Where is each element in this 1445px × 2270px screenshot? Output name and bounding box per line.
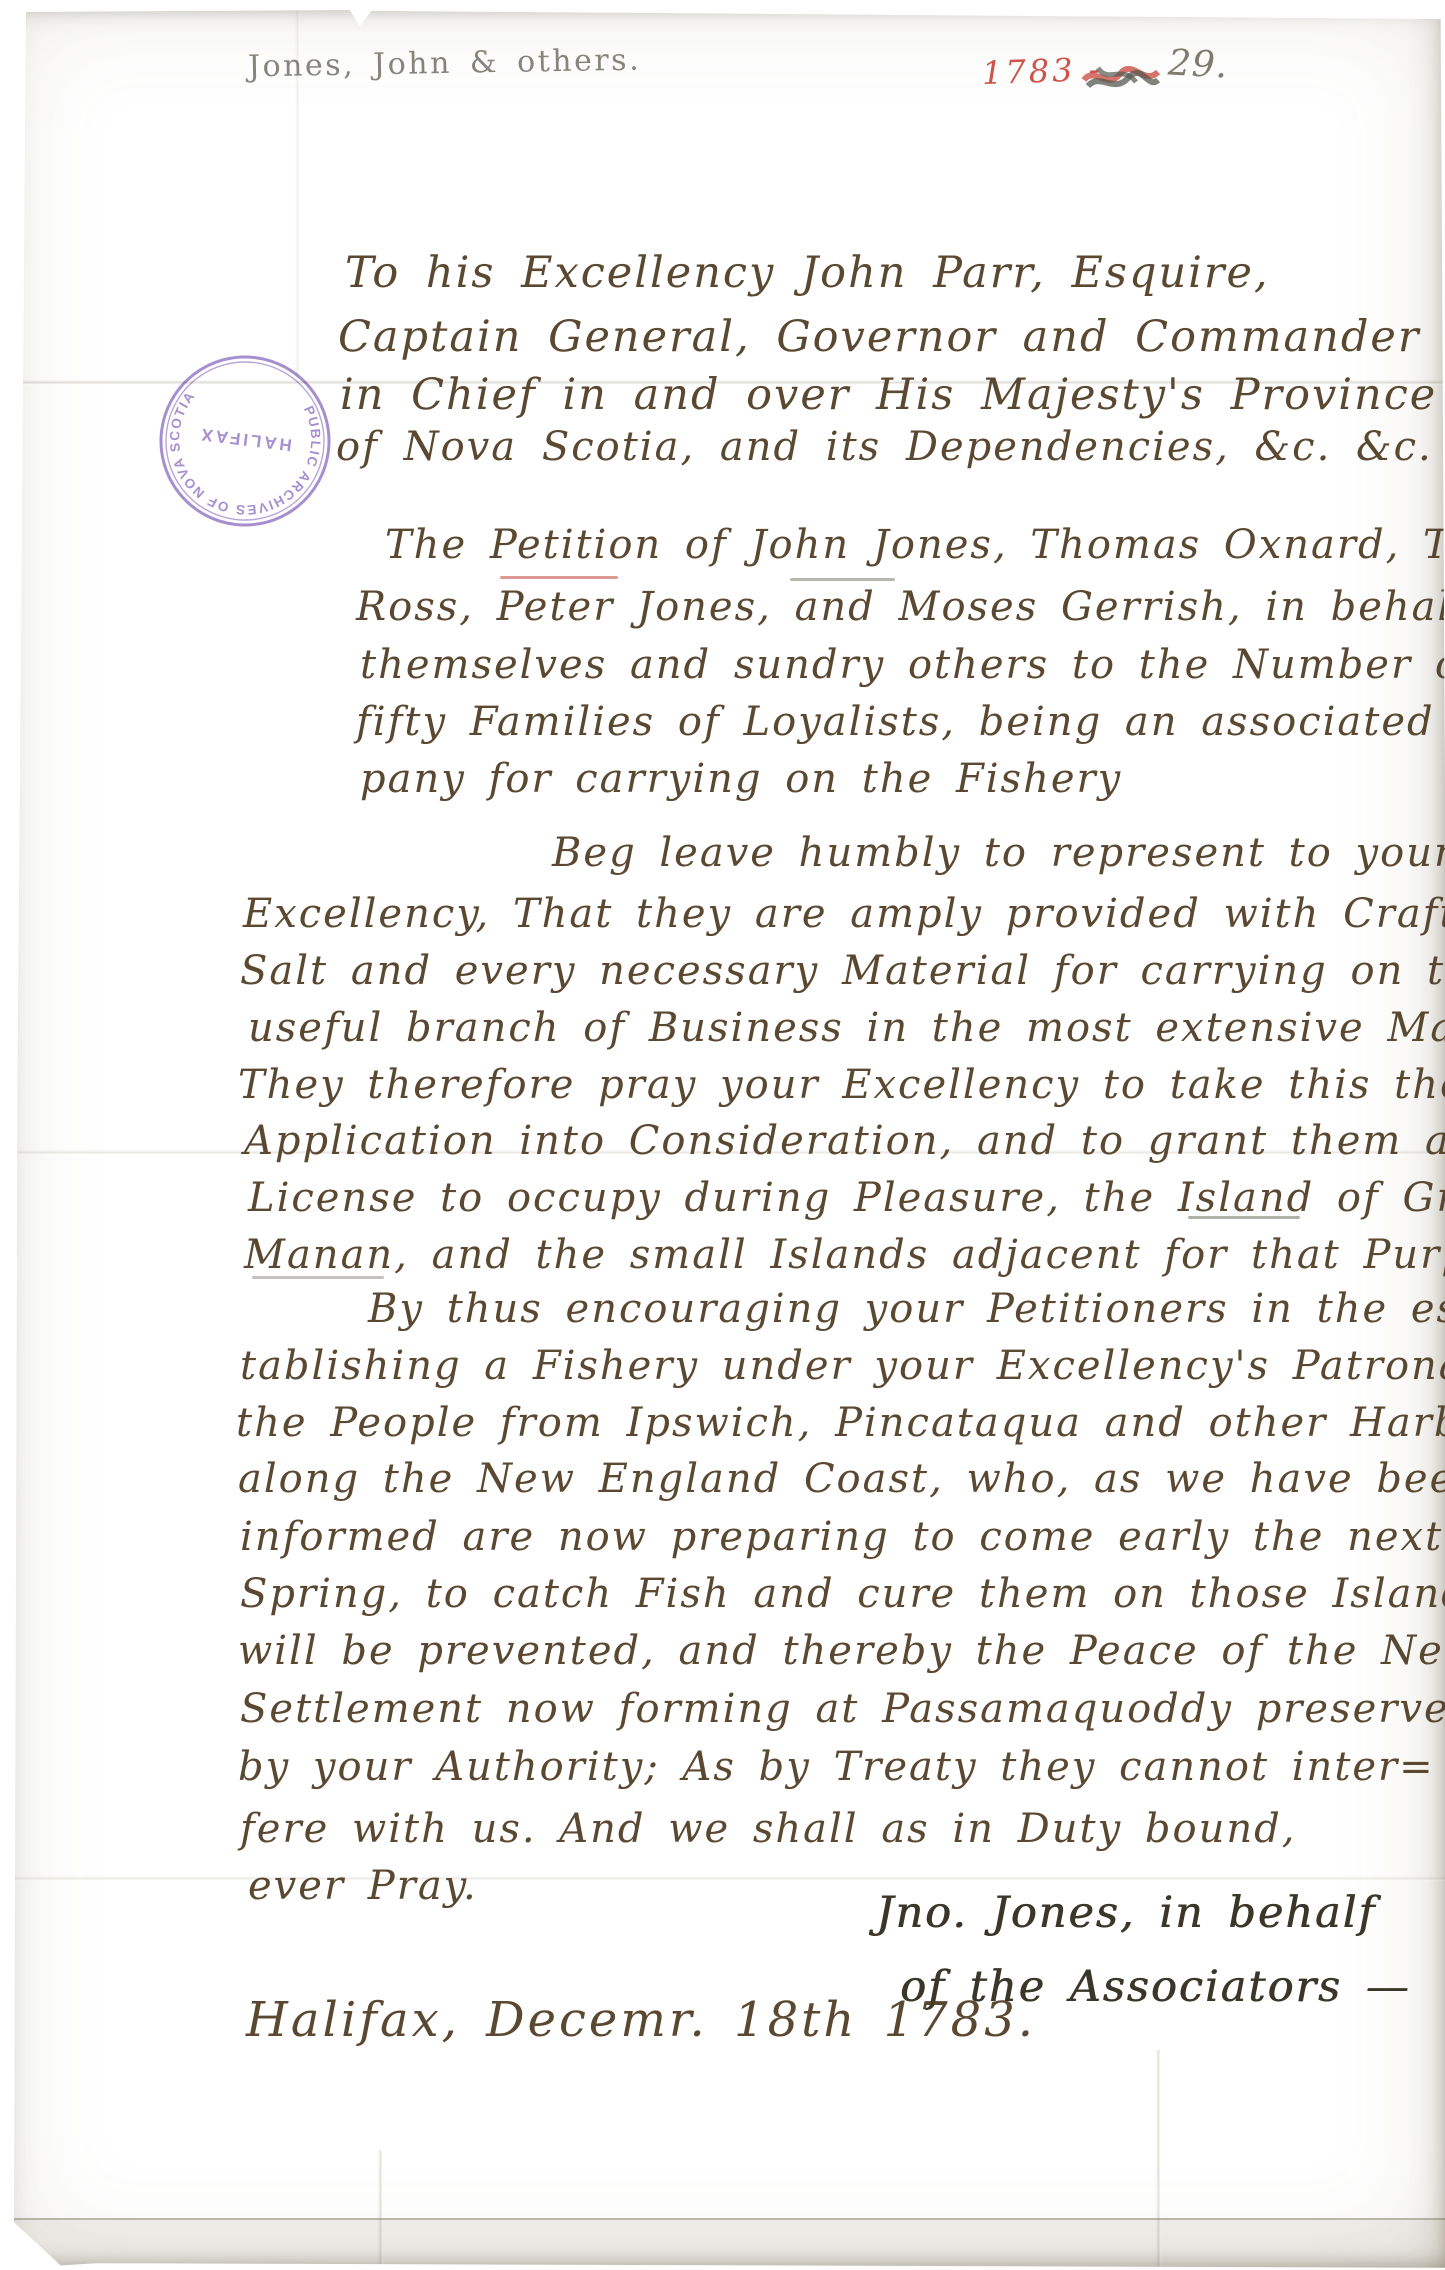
manuscript-page: Jones, John & others. 1783 - 29. PUBLIC … bbox=[0, 0, 1445, 2270]
manuscript-line: fere with us. And we shall as in Duty bo… bbox=[240, 1806, 1296, 1852]
manuscript-line: Spring, to catch Fish and cure them on t… bbox=[240, 1571, 1445, 1617]
manuscript-line: will be prevented, and thereby the Peace… bbox=[238, 1628, 1445, 1674]
manuscript-line: ever Pray. bbox=[248, 1863, 478, 1909]
manuscript-line: The Petition of John Jones, Thomas Oxnar… bbox=[385, 522, 1445, 568]
crossed-out-number-scribble bbox=[1078, 56, 1164, 98]
grey-reference-number: 29. bbox=[1167, 42, 1229, 86]
manuscript-line: Settlement now forming at Passamaquoddy … bbox=[240, 1686, 1445, 1732]
archivist-pencil-annotation: Jones, John & others. bbox=[248, 43, 642, 85]
manuscript-line: Application into Consideration, and to g… bbox=[244, 1118, 1445, 1164]
manuscript-line: along the New England Coast, who, as we … bbox=[238, 1456, 1445, 1502]
fold-crease-horizontal bbox=[0, 1876, 1445, 1882]
manuscript-line: pany for carrying on the Fishery bbox=[360, 756, 1122, 802]
manuscript-line: in Chief in and over His Majesty's Provi… bbox=[340, 370, 1437, 420]
manuscript-line: themselves and sundry others to the Numb… bbox=[360, 642, 1445, 688]
signature-line: Jno. Jones, in behalf bbox=[876, 1888, 1376, 1938]
manuscript-line: To his Excellency John Parr, Esquire, bbox=[345, 248, 1270, 298]
bottom-fold-flap bbox=[10, 2218, 1445, 2270]
dateline: Halifax, Decemr. 18th 1783. bbox=[246, 1992, 1036, 2048]
manuscript-line: useful branch of Business in the most ex… bbox=[248, 1005, 1445, 1051]
public-archives-nova-scotia-stamp: PUBLIC ARCHIVES OF NOVA SCOTIA HALIFAX bbox=[146, 342, 344, 540]
manuscript-line: By thus encouraging your Petitioners in … bbox=[368, 1286, 1445, 1332]
manuscript-line: the People from Ipswich, Pincataqua and … bbox=[236, 1400, 1445, 1446]
manuscript-line: Ross, Peter Jones, and Moses Gerrish, in… bbox=[356, 584, 1445, 630]
manuscript-line: Excellency, That they are amply provided… bbox=[243, 891, 1445, 937]
svg-text:PUBLIC ARCHIVES OF NOVA SCOTIA: PUBLIC ARCHIVES OF NOVA SCOTIA bbox=[158, 386, 328, 526]
manuscript-line: by your Authority; As by Treaty they can… bbox=[238, 1744, 1435, 1790]
green-underline-mark bbox=[1188, 1216, 1300, 1219]
manuscript-line: Captain General, Governor and Commander bbox=[338, 312, 1420, 362]
grey-underline-mark bbox=[790, 578, 895, 581]
grey-underline-mark bbox=[252, 1276, 384, 1279]
manuscript-line: Manan, and the small Islands adjacent fo… bbox=[244, 1232, 1445, 1278]
manuscript-line: of Nova Scotia, and its Dependencies, &c… bbox=[336, 424, 1445, 470]
manuscript-line: tablishing a Fishery under your Excellen… bbox=[240, 1343, 1445, 1389]
manuscript-line: informed are now preparing to come early… bbox=[240, 1514, 1443, 1560]
red-underline-mark bbox=[500, 576, 618, 579]
stamp-center-text: HALIFAX bbox=[198, 424, 293, 454]
manuscript-line: Salt and every necessary Material for ca… bbox=[240, 948, 1445, 994]
manuscript-line: License to occupy during Pleasure, the I… bbox=[248, 1175, 1445, 1221]
manuscript-line: Beg leave humbly to represent to your bbox=[552, 830, 1445, 876]
manuscript-line: fifty Families of Loyalists, being an as… bbox=[356, 699, 1445, 745]
manuscript-line: They therefore pray your Excellency to t… bbox=[238, 1062, 1445, 1108]
